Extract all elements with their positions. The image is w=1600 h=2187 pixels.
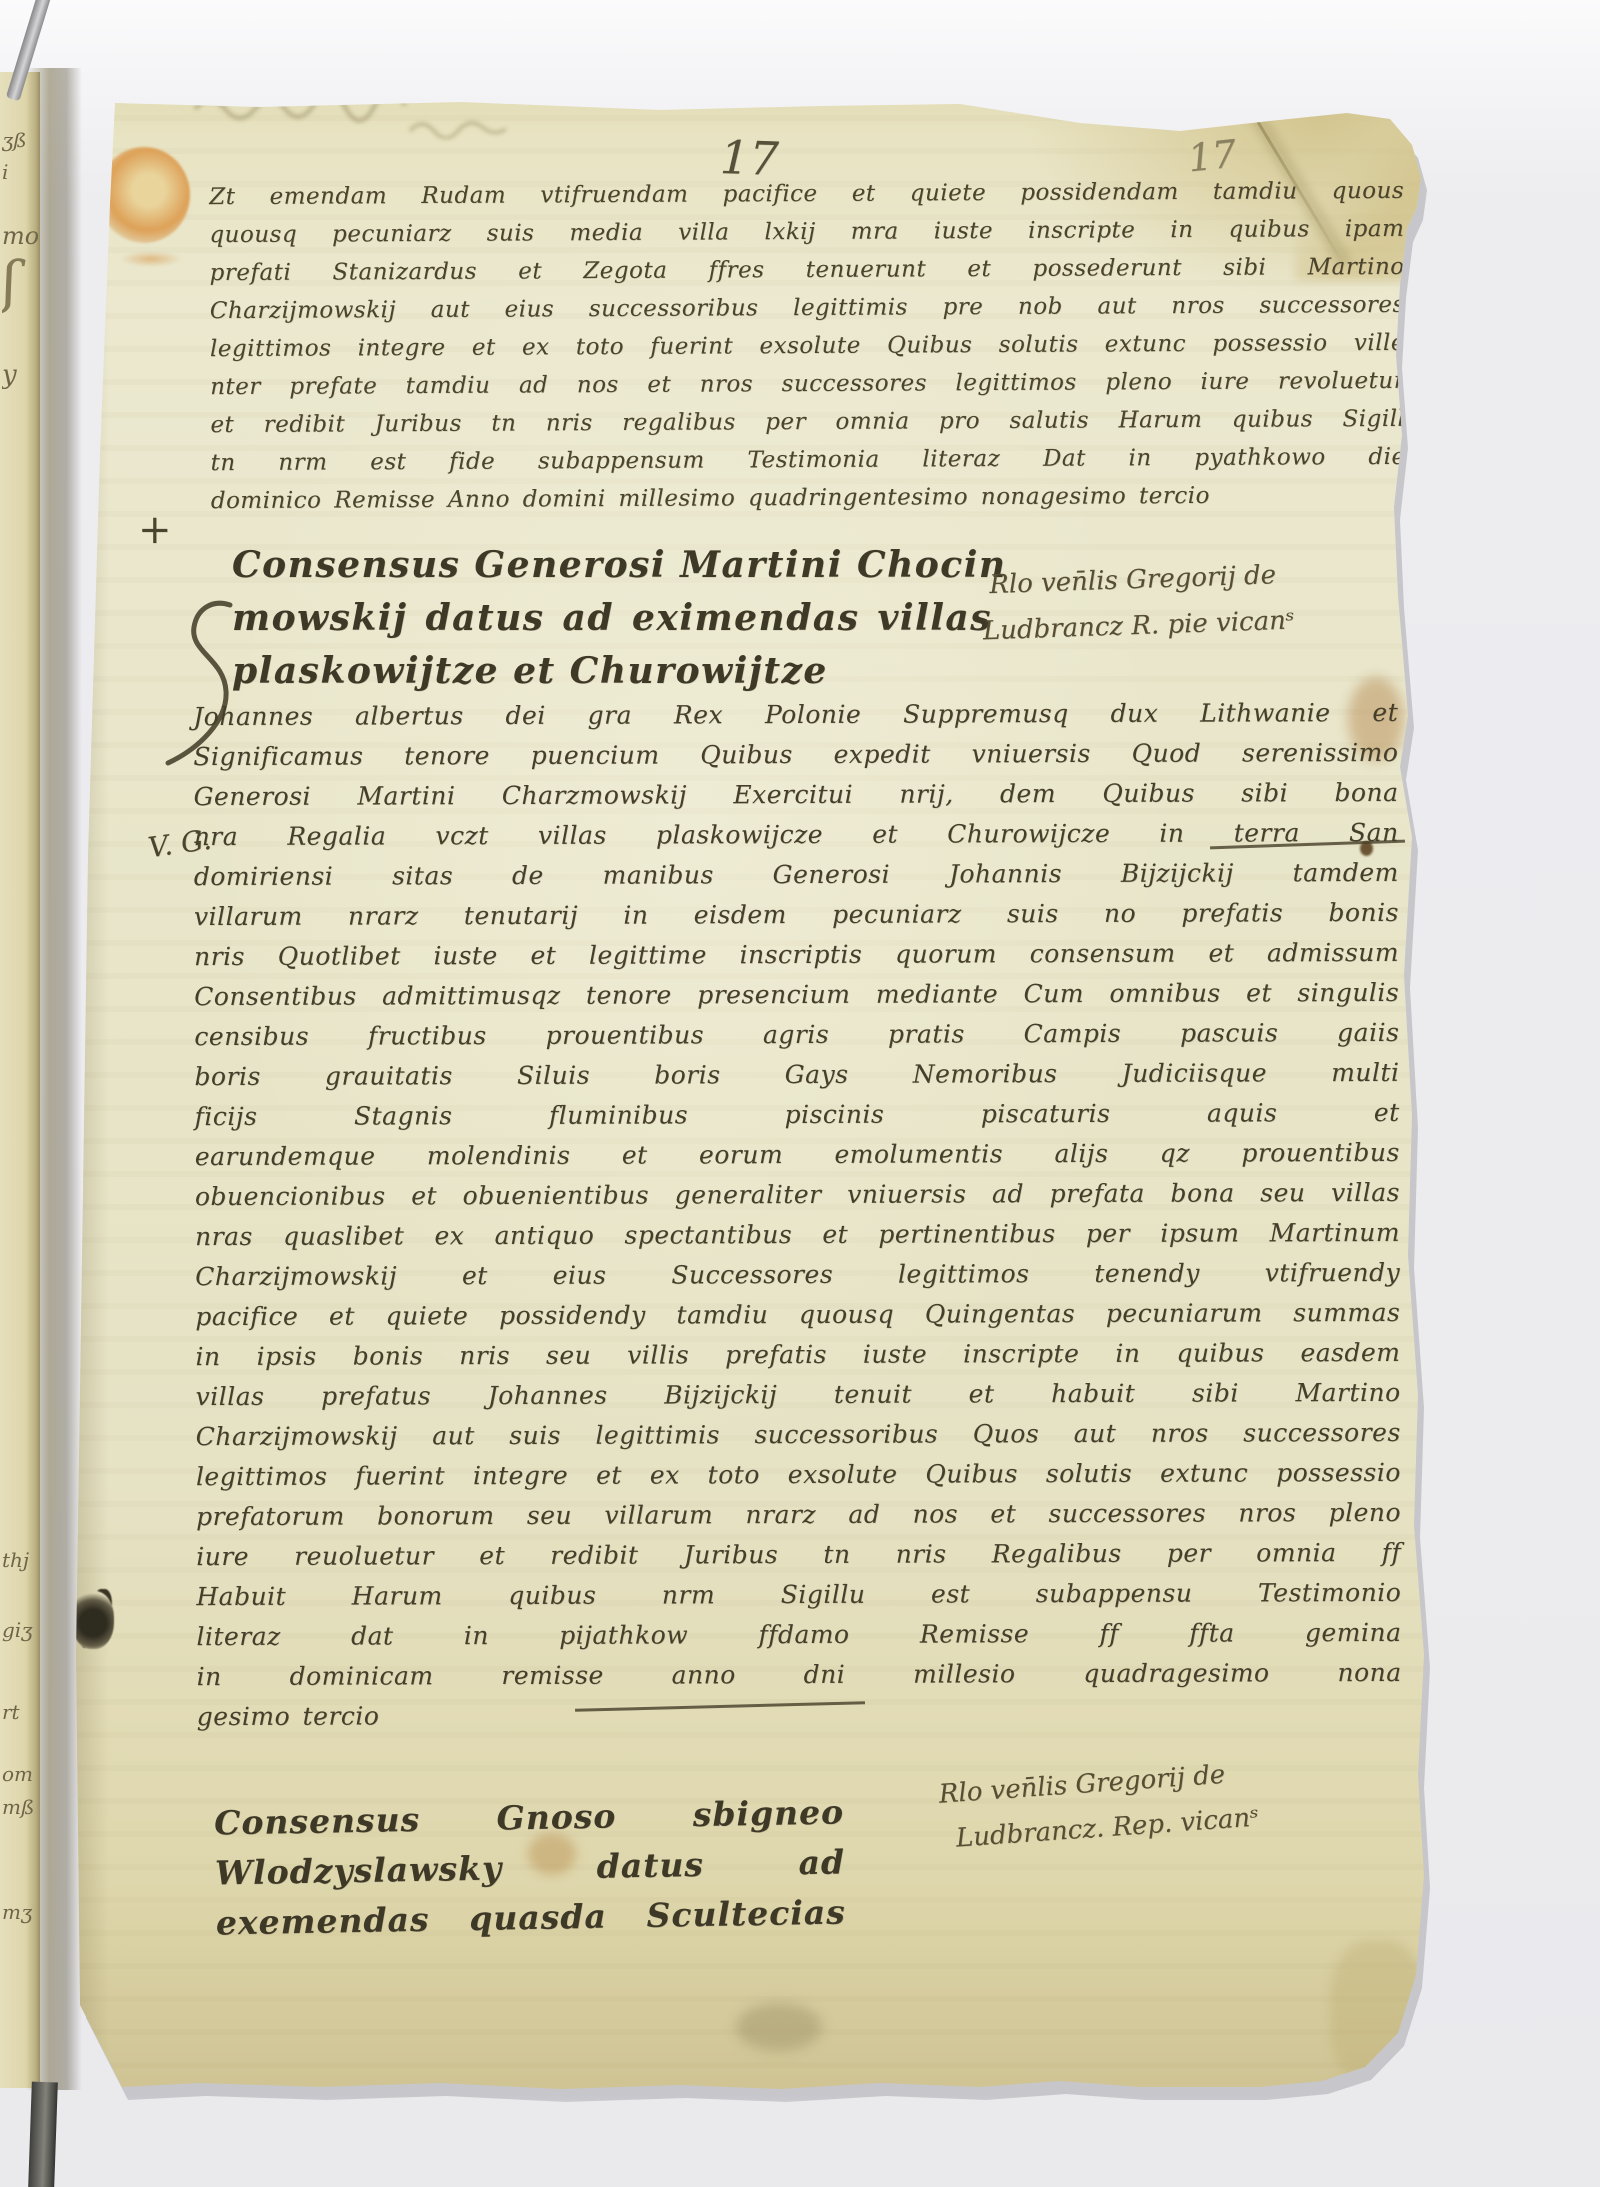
manuscript-line: obuencionibus et obuenientibus generalit… [195, 1173, 1400, 1217]
manuscript-line: ficijs Stagnis fluminibus piscinis pisca… [195, 1093, 1400, 1137]
manuscript-line: legittimos fuerint integre et ex toto ex… [196, 1453, 1401, 1497]
manuscript-line: Charzijmowskij aut suis legittimis succe… [196, 1413, 1401, 1457]
red-wax-stain [98, 147, 190, 243]
manuscript-line: villas prefatus Johannes Bijzijckij tenu… [196, 1373, 1401, 1417]
showthrough-ghost-writing [190, 79, 590, 139]
manuscript-line: prefatorum bonorum seu villarum nrarz ad… [196, 1493, 1401, 1537]
manuscript-line: censibus fructibus prouentibus agris pra… [194, 1013, 1399, 1057]
manuscript-line: Generosi Martini Charzmowskij Exercitui … [193, 773, 1398, 817]
manuscript-line: tn nrm est fide subappensum Testimonia l… [211, 438, 1406, 482]
entry-heading-martini: Consensus Generosi Martini Chocinmowskij… [232, 539, 992, 698]
manuscript-line: dominico Remisse Anno domini millesimo q… [211, 476, 1406, 520]
manuscript-line: nras quaslibet ex antiquo spectantibus e… [195, 1213, 1400, 1257]
manuscript-line: Zt emendam Rudam vtifruendam pacifice et… [209, 172, 1404, 216]
manuscript-line: Johannes albertus dei gra Rex Polonie Su… [193, 693, 1398, 737]
binding-gutter-shadow [26, 68, 82, 2090]
heading-line: mowskij datus ad eximendas villas [232, 592, 992, 645]
manuscript-line: prefati Stanizardus et Zegota ffres tenu… [210, 248, 1405, 292]
heading-line: exemendas quasda Scultecias [215, 1887, 846, 1948]
scanned-manuscript-photo: { "document": { "folio_number_center": "… [0, 0, 1600, 2187]
manuscript-line: Charzijmowskij et eius Successores legit… [195, 1253, 1400, 1297]
manuscript-line: boris grauitatis Siluis boris Gays Nemor… [194, 1053, 1399, 1097]
chancery-note-upper: Rlo ven̄lis Gregorij deLudbrancz R. pie … [989, 548, 1402, 654]
manuscript-line: Charzijmowskij aut eius successoribus le… [210, 286, 1405, 330]
ink-blot [72, 1591, 114, 1649]
manuscript-line: literaz dat in pijathkow ffdamo Remisse … [196, 1613, 1401, 1657]
manuscript-line: nter prefate tamdiu ad nos et nros succe… [210, 362, 1405, 406]
bottom-smudge [736, 2003, 822, 2051]
manuscript-line: domiriensi sitas de manibus Generosi Joh… [194, 853, 1399, 897]
manuscript-line: legittimos integre et ex toto fuerint ex… [210, 324, 1405, 368]
manuscript-line: in dominicam remisse anno dni millesio q… [197, 1653, 1402, 1697]
manuscript-line: nra Regalia vczt villas plaskowijcze et … [194, 813, 1399, 857]
manuscript-line: earundemque molendinis et eorum emolumen… [195, 1133, 1400, 1177]
manuscript-page: 17 17 Zt emendam Rudam vtifruendam pacif… [60, 55, 1460, 2095]
text-block-upper: Zt emendam Rudam vtifruendam pacifice et… [209, 172, 1406, 520]
manuscript-line: iure reuoluetur et redibit Juribus tn nr… [196, 1533, 1401, 1577]
text-block-main: Johannes albertus dei gra Rex Polonie Su… [193, 693, 1402, 1737]
manuscript-line: quousq pecuniarz suis media villa lxkij … [209, 210, 1404, 254]
margin-cross-mark: + [138, 507, 172, 553]
manuscript-line: Significamus tenore puencium Quibus expe… [193, 733, 1398, 777]
heading-line: Consensus Generosi Martini Chocin [232, 539, 992, 592]
manuscript-line: gesimo tercio [197, 1693, 1402, 1737]
manuscript-line: villarum nrarz tenutarij in eisdem pecun… [194, 893, 1399, 937]
manuscript-line: in ipsis bonis nris seu villis prefatis … [195, 1333, 1400, 1377]
red-stain-tail [120, 251, 182, 267]
entry-heading-sbigneo: Consensus Gnoso sbigneoWlodzyslawsky dat… [214, 1788, 847, 1949]
manuscript-line: Habuit Harum quibus nrm Sigillu est suba… [196, 1573, 1401, 1617]
heading-line: plaskowijtze et Churowijtze [232, 645, 992, 698]
manuscript-line: Consentibus admittimusqz tenore presenci… [194, 973, 1399, 1017]
binding-strap [28, 2082, 58, 2187]
manuscript-line: nris Quotlibet iuste et legittime inscri… [194, 933, 1399, 977]
chancery-note-lower: Rlo ven̄lis Gregorij deLudbrancz. Rep. v… [937, 1741, 1392, 1862]
manuscript-line: pacifice et quiete possidendy tamdiu quo… [195, 1293, 1400, 1337]
manuscript-line: et redibit Juribus tn nris regalibus per… [210, 400, 1405, 444]
